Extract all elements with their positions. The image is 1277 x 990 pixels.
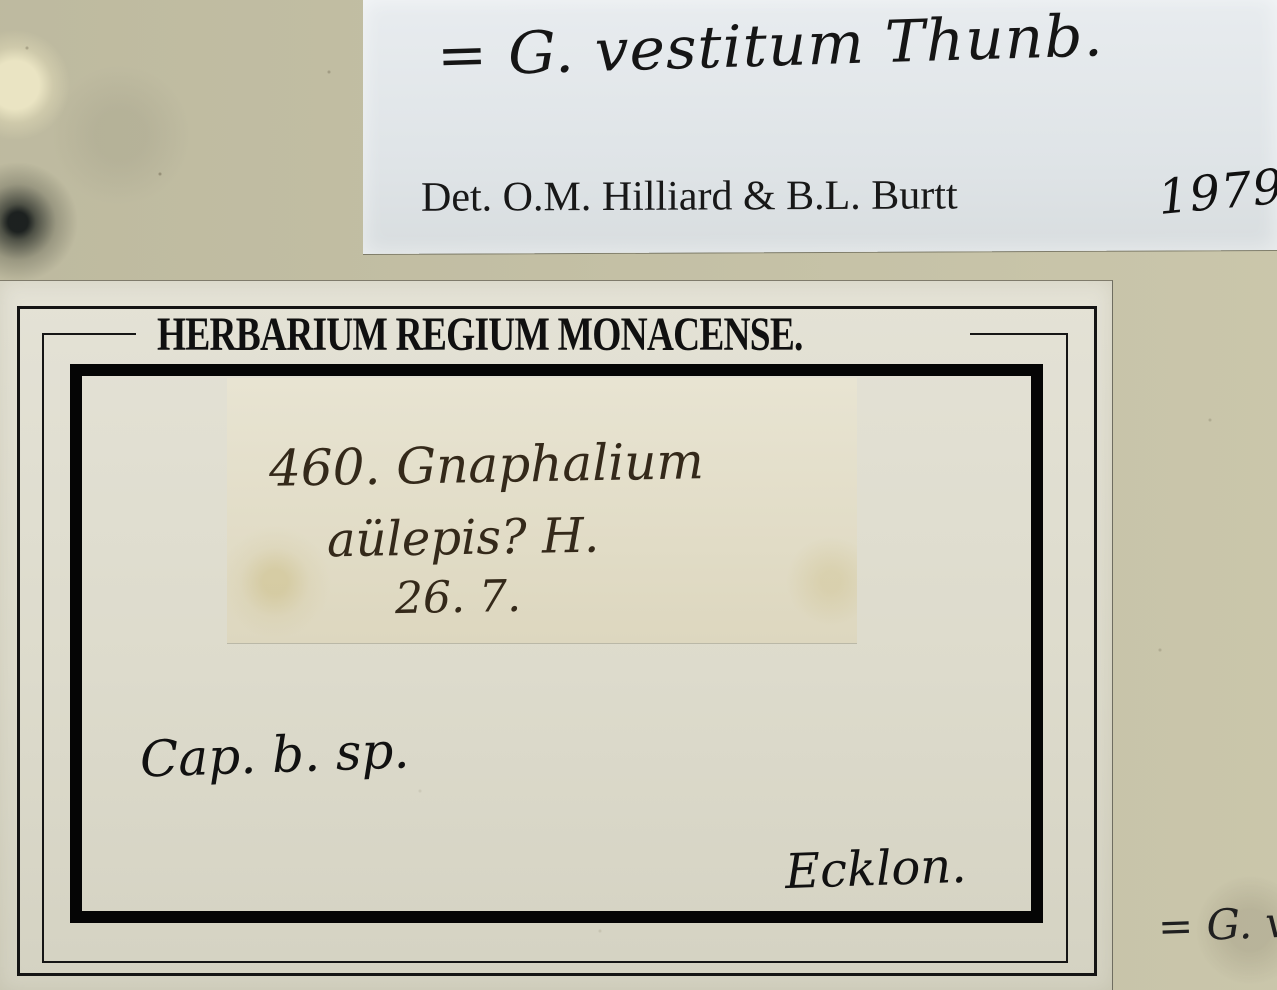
printed-determiner-text: Det. O.M. Hilliard & B.L. Burtt [421,171,958,221]
specimen-species-note: aülepis? H. [327,508,600,569]
herbarium-title: HERBARIUM REGIUM MONACENSE. [157,307,803,362]
title-right-rule [970,333,1068,335]
partial-handwritten-annotation: = G. v [1157,898,1277,952]
determination-slip: = G. vestitum Thunb. Det. O.M. Hilliard … [363,0,1277,254]
collector-signature: Ecklon. [784,838,967,900]
specimen-name-slip: 460. Gnaphalium aülepis? H. 26. 7. [227,378,857,643]
specimen-number-and-genus: 460. Gnaphalium [269,432,705,498]
locality-text: Cap. b. sp. [139,721,410,788]
handwritten-year: 1979 [1156,159,1277,226]
handwritten-identification: = G. vestitum Thunb. [436,1,1104,89]
herbarium-label: HERBARIUM REGIUM MONACENSE. 460. Gnaphal… [0,280,1113,990]
specimen-date-note: 26. 7. [395,571,522,624]
title-left-rule [42,333,136,335]
